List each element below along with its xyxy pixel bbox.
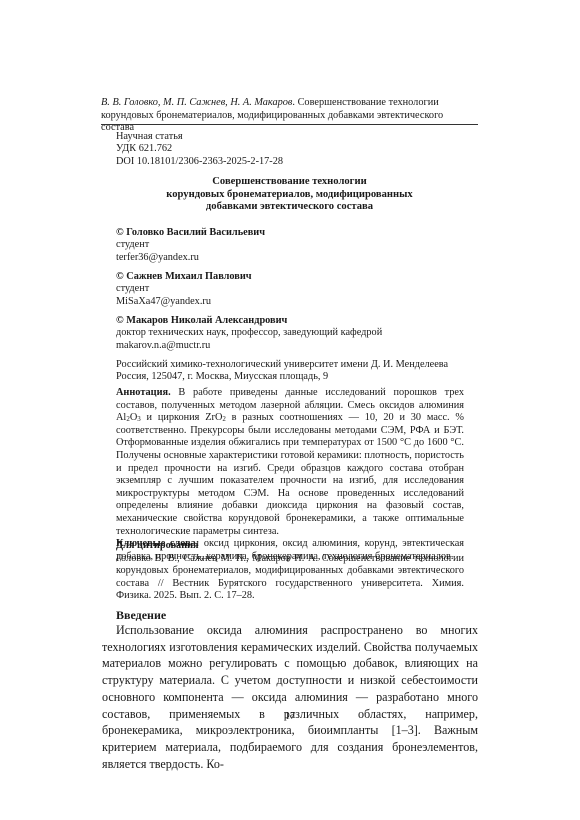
running-header: В. В. Головко, М. П. Сажнев, Н. А. Макар…	[101, 97, 478, 135]
author-email[interactable]: terfer36@yandex.ru	[116, 252, 265, 264]
author-position: студент	[116, 239, 265, 251]
author-name: © Сажнев Михаил Павлович	[116, 271, 252, 283]
author-position: студент	[116, 283, 252, 295]
author-block: © Сажнев Михаил Павлович студент MiSaXa4…	[116, 271, 252, 308]
udk-code: УДК 621.762	[116, 143, 283, 155]
introduction-body: Использование оксида алюминия распростра…	[102, 622, 478, 772]
section-heading: Введение	[116, 608, 166, 622]
author-name: © Макаров Николай Александрович	[116, 315, 382, 327]
affiliation: Российский химико-технологический универ…	[116, 359, 448, 384]
address: Россия, 125047, г. Москва, Миусская площ…	[116, 371, 448, 383]
doi[interactable]: DOI 10.18101/2306-2363-2025-2-17-28	[116, 156, 283, 168]
article-meta: Научная статья УДК 621.762 DOI 10.18101/…	[116, 131, 283, 168]
header-rule	[101, 124, 478, 125]
page-number: 17	[0, 711, 580, 722]
institution: Российский химико-технологический универ…	[116, 359, 448, 371]
citation-block: Для цитирования Головко В. В., Сажнев М.…	[116, 540, 464, 603]
author-email[interactable]: makarov.n.a@muctr.ru	[116, 340, 382, 352]
paragraph: Использование оксида алюминия распростра…	[102, 622, 478, 772]
author-name: © Головко Василий Васильевич	[116, 227, 265, 239]
abstract: Аннотация. В работе приведены данные исс…	[116, 387, 464, 563]
document-page: В. В. Головко, М. П. Сажнев, Н. А. Макар…	[0, 0, 580, 820]
article-type: Научная статья	[116, 131, 283, 143]
author-block: © Макаров Николай Александрович доктор т…	[116, 315, 382, 352]
citation-text: Головко В. В., Сажнев М. П., Макаров Н. …	[116, 553, 464, 603]
citation-label: Для цитирования	[116, 540, 464, 553]
author-block: © Головко Василий Васильевич студент ter…	[116, 227, 265, 264]
article-title: Совершенствование технологии корундовых …	[101, 176, 478, 214]
author-position: доктор технических наук, профессор, заве…	[116, 327, 382, 339]
author-email[interactable]: MiSaXa47@yandex.ru	[116, 296, 252, 308]
running-header-authors: В. В. Головко, М. П. Сажнев, Н. А. Макар…	[101, 97, 292, 108]
abstract-label: Аннотация.	[116, 387, 171, 398]
